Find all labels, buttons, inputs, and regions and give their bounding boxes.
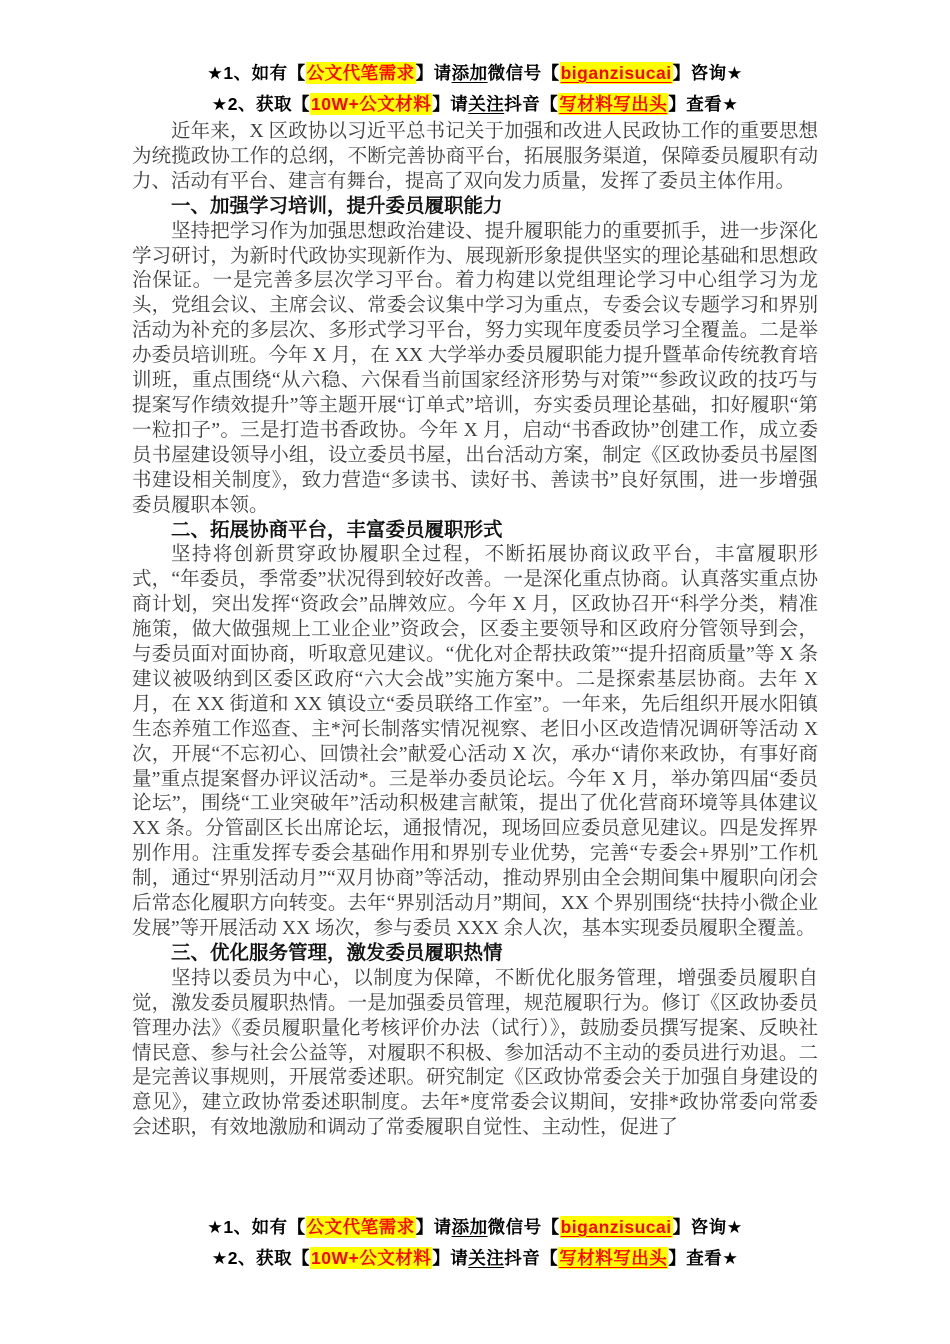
promo-line: ★2、获取【10W+公文材料】请关注抖音【写材料写出头】查看★ [132, 1243, 818, 1274]
promo-text: 】查看★ [668, 1248, 738, 1268]
promo-highlight-materials: 10W+公文材料 [310, 93, 432, 115]
promo-text: 微信号【 [488, 1217, 560, 1237]
section-heading: 二、拓展协商平台，丰富委员履职形式 [132, 519, 818, 544]
promo-text: 抖音【 [504, 1248, 558, 1268]
document-body: 近年来，X 区政协以习近平总书记关于加强和改进人民政协工作的重要思想为统揽政协工… [132, 120, 818, 1141]
section-heading: 一、加强学习培训，提升委员履职能力 [132, 195, 818, 220]
promo-text: ★1、如有【 [207, 1217, 305, 1237]
promo-action-add: 添加 [452, 1217, 488, 1237]
promo-text: 】咨询★ [673, 63, 743, 83]
promo-text: 】请 [416, 63, 452, 83]
promo-text: 】请 [432, 1248, 468, 1268]
paragraph: 坚持将创新贯穿政协履职全过程，不断拓展协商议政平台，丰富履职形式，“年委员，季常… [132, 543, 818, 942]
promo-line: ★1、如有【公文代笔需求】请添加微信号【biganzisucai】咨询★ [132, 58, 818, 89]
douyin-id: 写材料写出头 [558, 1247, 668, 1269]
document-page: ★1、如有【公文代笔需求】请添加微信号【biganzisucai】咨询★★2、获… [0, 0, 950, 1344]
promo-line: ★1、如有【公文代笔需求】请添加微信号【biganzisucai】咨询★ [132, 1212, 818, 1243]
promo-text: ★2、获取【 [212, 94, 310, 114]
promo-text: 】请 [416, 1217, 452, 1237]
promo-text: 微信号【 [488, 63, 560, 83]
promo-banner-bottom: ★1、如有【公文代笔需求】请添加微信号【biganzisucai】咨询★★2、获… [132, 1212, 818, 1273]
promo-text: 】查看★ [668, 94, 738, 114]
promo-banner-top: ★1、如有【公文代笔需求】请添加微信号【biganzisucai】咨询★★2、获… [132, 58, 818, 119]
promo-text: ★1、如有【 [207, 63, 305, 83]
wechat-id: biganzisucai [560, 62, 673, 84]
promo-text: 】请 [432, 94, 468, 114]
promo-highlight-service: 公文代笔需求 [306, 62, 416, 84]
promo-line: ★2、获取【10W+公文材料】请关注抖音【写材料写出头】查看★ [132, 89, 818, 120]
promo-action-add: 添加 [452, 63, 488, 83]
promo-text: 抖音【 [504, 94, 558, 114]
promo-text: 】咨询★ [673, 1217, 743, 1237]
promo-action-follow: 关注 [468, 1248, 504, 1268]
paragraph: 近年来，X 区政协以习近平总书记关于加强和改进人民政协工作的重要思想为统揽政协工… [132, 120, 818, 195]
promo-highlight-materials: 10W+公文材料 [310, 1247, 432, 1269]
section-heading: 三、优化服务管理，激发委员履职热情 [132, 942, 818, 967]
paragraph: 坚持以委员为中心，以制度为保障，不断优化服务管理，增强委员履职自觉，激发委员履职… [132, 967, 818, 1141]
wechat-id: biganzisucai [560, 1216, 673, 1238]
promo-text: ★2、获取【 [212, 1248, 310, 1268]
paragraph: 坚持把学习作为加强思想政治建设、提升履职能力的重要抓手，进一步深化学习研讨，为新… [132, 220, 818, 519]
promo-action-follow: 关注 [468, 94, 504, 114]
promo-highlight-service: 公文代笔需求 [306, 1216, 416, 1238]
douyin-id: 写材料写出头 [558, 93, 668, 115]
